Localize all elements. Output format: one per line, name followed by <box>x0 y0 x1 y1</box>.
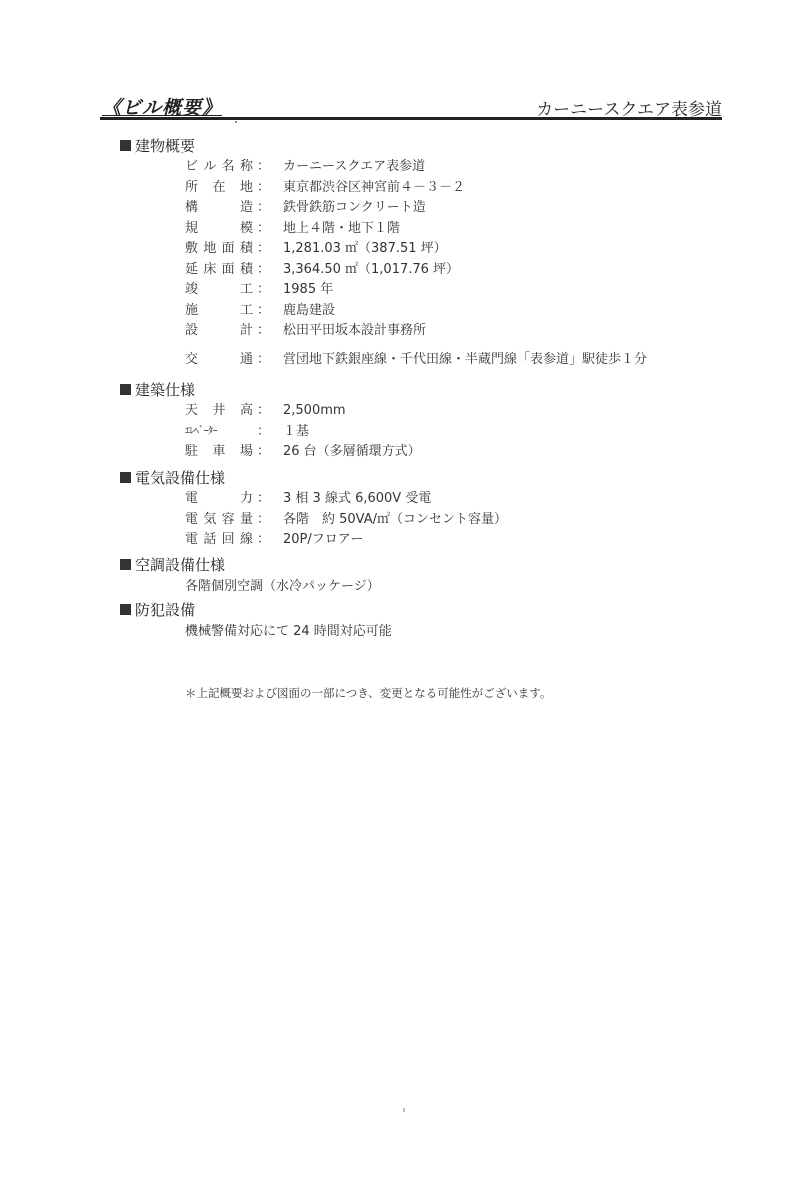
spec-value: 2,500mm <box>283 401 346 422</box>
spec-label: 電気容量 <box>185 510 253 531</box>
spec-row: 所在地：東京都渋谷区神宮前４－３－２ <box>120 178 195 199</box>
spec-row: 竣工：1985 年 <box>120 280 195 301</box>
spec-value: 松田平田坂本設計事務所 <box>283 321 426 342</box>
section-architecture-specs: 建築仕様 天井高：2,500mm ｴﾚﾍﾞｰﾀｰ：１基 駐車場：26 台（多層循… <box>120 379 195 463</box>
spec-label: 電力 <box>185 489 253 510</box>
spec-value: １基 <box>283 422 309 443</box>
spec-value: 各階 約 50VA/㎡（コンセント容量） <box>283 510 507 531</box>
square-bullet-icon <box>120 140 131 151</box>
spec-row: 規模：地上４階・地下１階 <box>120 219 195 240</box>
spec-row: 電力：3 相 3 線式 6,600V 受電 <box>120 489 225 510</box>
section-building-overview: 建物概要 ビル名称：カーニースクエア表参道 所在地：東京都渋谷区神宮前４－３－２… <box>120 135 195 370</box>
spec-label: 駐車場 <box>185 442 253 463</box>
spec-label: 所在地 <box>185 178 253 199</box>
section-title: 建物概要 <box>120 135 195 157</box>
section-text: 機械警備対応にて 24 時間対応可能 <box>120 621 392 642</box>
section-hvac-specs: 空調設備仕様 各階個別空調（水冷パッケージ） <box>120 554 380 597</box>
spec-label: ｴﾚﾍﾞｰﾀｰ <box>185 422 253 443</box>
section-text: 各階個別空調（水冷パッケージ） <box>120 576 380 597</box>
spec-value: 26 台（多層循環方式） <box>283 442 421 463</box>
spec-value: 20P/フロアー <box>283 530 363 551</box>
spec-label: 敷地面積 <box>185 239 253 260</box>
spec-row: 交通：営団地下鉄銀座線・千代田線・半蔵門線「表参道」駅徒歩１分 <box>120 350 195 371</box>
spec-row: ビル名称：カーニースクエア表参道 <box>120 157 195 178</box>
spec-row: 駐車場：26 台（多層循環方式） <box>120 442 195 463</box>
spec-label: 延床面積 <box>185 260 253 281</box>
spec-row: 敷地面積：1,281.03 ㎡（387.51 坪） <box>120 239 195 260</box>
disclaimer-note: ＊上記概要および図面の一部につき、変更となる可能性がございます。 <box>185 685 551 701</box>
spec-value: 営団地下鉄銀座線・千代田線・半蔵門線「表参道」駅徒歩１分 <box>283 350 647 371</box>
spec-value: 鹿島建設 <box>283 301 335 322</box>
section-title: 建築仕様 <box>120 379 195 401</box>
spec-value: 東京都渋谷区神宮前４－３－２ <box>283 178 465 199</box>
spec-label: 設計 <box>185 321 253 342</box>
section-title: 電気設備仕様 <box>120 467 225 489</box>
spec-label: 施工 <box>185 301 253 322</box>
section-security: 防犯設備 機械警備対応にて 24 時間対応可能 <box>120 599 392 642</box>
spec-label: 竣工 <box>185 280 253 301</box>
section-title: 防犯設備 <box>120 599 392 621</box>
square-bullet-icon <box>120 384 131 395</box>
spec-value: カーニースクエア表参道 <box>283 157 425 178</box>
spec-value: 1985 年 <box>283 280 333 301</box>
spec-value: 3 相 3 線式 6,600V 受電 <box>283 489 431 510</box>
square-bullet-icon <box>120 472 131 483</box>
spec-row: ｴﾚﾍﾞｰﾀｰ：１基 <box>120 422 195 443</box>
document-title: 《ビル概要》 <box>102 93 222 120</box>
page-header: 《ビル概要》 カーニースクエア表参道 <box>100 93 722 119</box>
spec-row: 延床面積：3,364.50 ㎡（1,017.76 坪） <box>120 260 195 281</box>
spec-value: 1,281.03 ㎡（387.51 坪） <box>283 239 447 260</box>
spec-label: ビル名称 <box>185 157 253 178</box>
spec-label: 交通 <box>185 350 253 371</box>
header-divider <box>100 117 722 120</box>
spec-row: 設計：松田平田坂本設計事務所 <box>120 321 195 342</box>
spec-value: 鉄骨鉄筋コンクリート造 <box>283 198 426 219</box>
spec-row: 施工：鹿島建設 <box>120 301 195 322</box>
spec-label: 構造 <box>185 198 253 219</box>
square-bullet-icon <box>120 604 131 615</box>
section-electrical-specs: 電気設備仕様 電力：3 相 3 線式 6,600V 受電 電気容量：各階 約 5… <box>120 467 225 551</box>
spec-label: 電話回線 <box>185 530 253 551</box>
spec-row: 構造：鉄骨鉄筋コンクリート造 <box>120 198 195 219</box>
spec-row: 天井高：2,500mm <box>120 401 195 422</box>
scan-speck <box>403 1108 405 1112</box>
spec-row: 電気容量：各階 約 50VA/㎡（コンセント容量） <box>120 510 225 531</box>
spec-value: 3,364.50 ㎡（1,017.76 坪） <box>283 260 459 281</box>
section-title: 空調設備仕様 <box>120 554 380 576</box>
spec-row: 電話回線：20P/フロアー <box>120 530 225 551</box>
scan-speck <box>235 121 237 123</box>
spec-label: 天井高 <box>185 401 253 422</box>
square-bullet-icon <box>120 559 131 570</box>
spec-label: 規模 <box>185 219 253 240</box>
spec-value: 地上４階・地下１階 <box>283 219 400 240</box>
